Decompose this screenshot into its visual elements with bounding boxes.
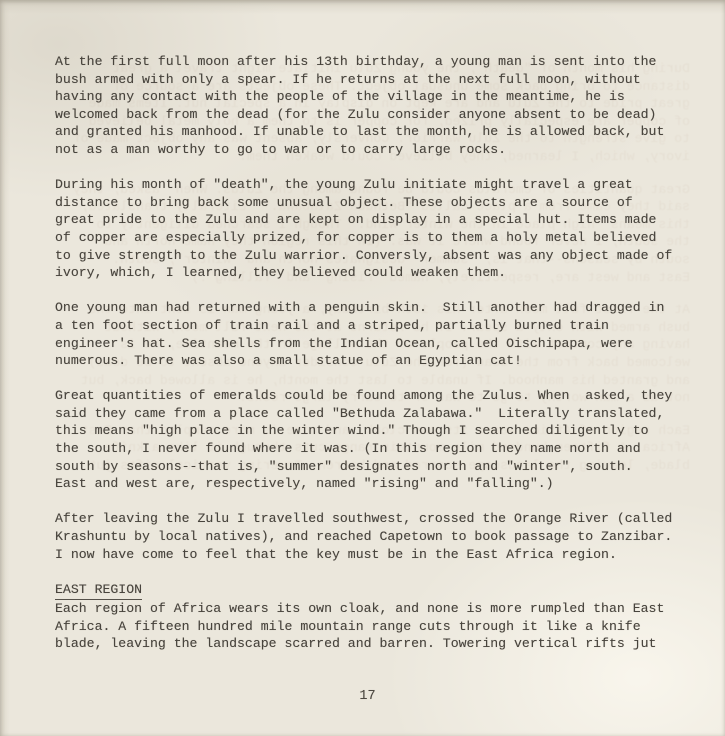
paragraph-leaving-zulu: After leaving the Zulu I travelled south…	[55, 510, 680, 563]
paragraph-unusual-objects: One young man had returned with a pengui…	[55, 299, 680, 369]
section-heading-line: EAST REGION	[55, 581, 680, 600]
paragraph-month-of-death: During his month of "death", the young Z…	[55, 176, 680, 282]
paragraph-emeralds: Great quantities of emeralds could be fo…	[55, 387, 680, 493]
page-number: 17	[5, 688, 725, 706]
paragraph-east-region: Each region of Africa wears its own cloa…	[55, 600, 680, 653]
scanned-page: During his month of "death", the young Z…	[0, 0, 725, 736]
page-content: At the first full moon after his 13th bi…	[55, 53, 680, 670]
paragraph-initiation: At the first full moon after his 13th bi…	[55, 53, 680, 159]
section-heading: EAST REGION	[55, 581, 142, 600]
